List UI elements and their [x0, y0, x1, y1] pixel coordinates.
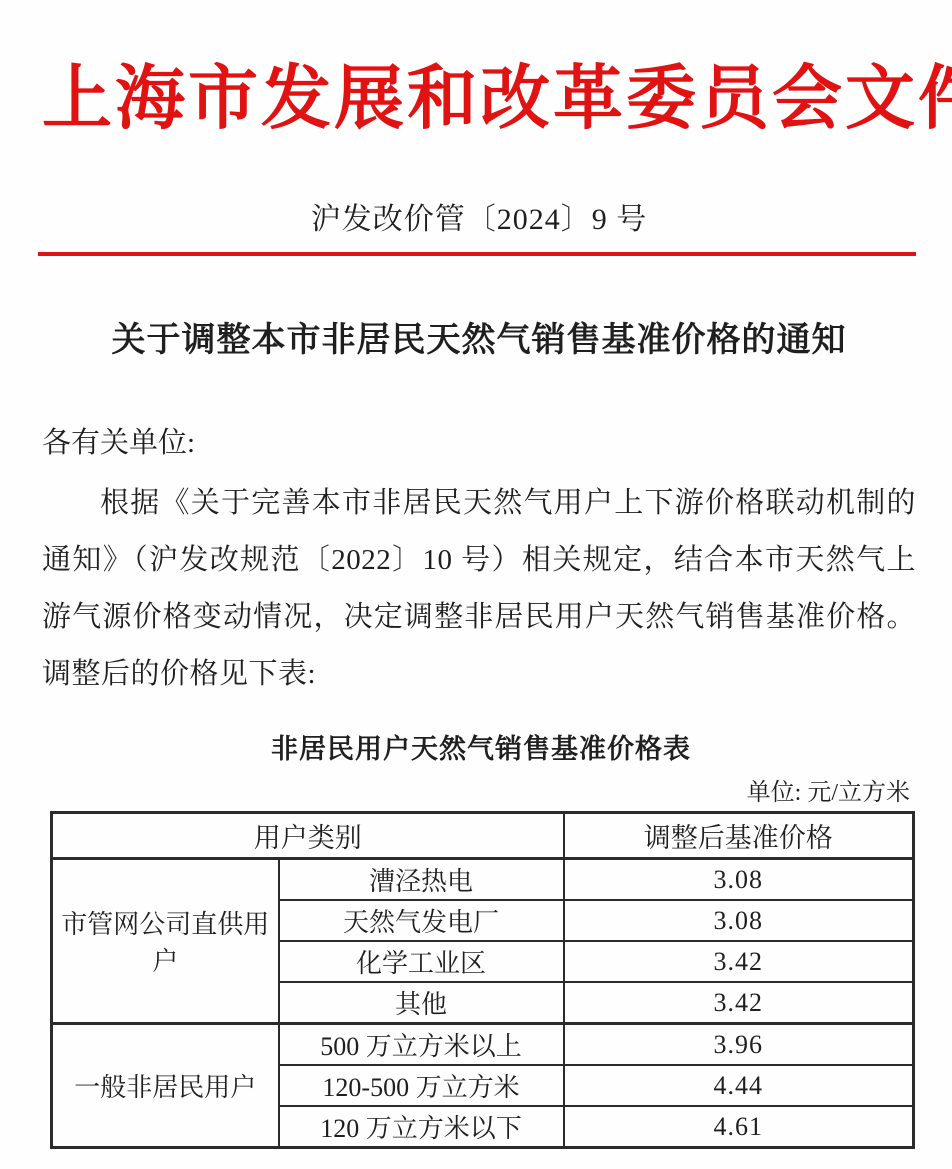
notice-title: 关于调整本市非居民天然气销售基准价格的通知 [42, 312, 916, 361]
header-cell-adjusted-price: 调整后基准价格 [564, 813, 914, 859]
salutation: 各有关单位: [42, 423, 916, 463]
table-cell-group-name: 市管网公司直供用户 [52, 859, 279, 1024]
table-cell-price: 3.42 [564, 941, 914, 982]
table-cell-price: 3.96 [564, 1024, 914, 1066]
document-page: 上海市发展和改革委员会文件 沪发改价管〔2024〕9 号 关于调整本市非居民天然… [0, 0, 952, 1169]
org-title: 上海市发展和改革委员会文件 [42, 58, 916, 142]
table-row: 一般非居民用户 500 万立方米以上 3.96 [52, 1024, 914, 1066]
table-cell-group-name: 一般非居民用户 [52, 1024, 279, 1148]
table-row: 市管网公司直供用户 漕泾热电 3.08 [52, 859, 914, 901]
doc-number: 沪发改价管〔2024〕9 号 [42, 194, 916, 238]
table-cell-usage-label: 120 万立方米以下 [279, 1106, 564, 1148]
price-table-section: 非居民用户天然气销售基准价格表 单位: 元/立方米 用户类别 调整后基准价格 市… [50, 727, 912, 1149]
table-cell-price: 3.08 [564, 859, 914, 901]
table-cell-usage-label: 化学工业区 [279, 941, 564, 982]
price-table: 用户类别 调整后基准价格 市管网公司直供用户 漕泾热电 3.08 天然气发电厂 … [50, 811, 915, 1149]
red-divider-rule [38, 252, 916, 256]
table-cell-usage-label: 500 万立方米以上 [279, 1024, 564, 1066]
table-cell-price: 4.44 [564, 1065, 914, 1106]
header-cell-user-category: 用户类别 [52, 813, 564, 859]
table-title: 非居民用户天然气销售基准价格表 [50, 727, 912, 766]
table-cell-usage-label: 其他 [279, 982, 564, 1024]
table-cell-usage-label: 120-500 万立方米 [279, 1065, 564, 1106]
table-cell-price: 4.61 [564, 1106, 914, 1148]
table-cell-usage-label: 天然气发电厂 [279, 900, 564, 941]
table-cell-price: 3.08 [564, 900, 914, 941]
body-paragraph: 根据《关于完善本市非居民天然气用户上下游价格联动机制的通知》（沪发改规范〔202… [42, 475, 916, 703]
table-unit-label: 单位: 元/立方米 [50, 772, 912, 807]
table-cell-price: 3.42 [564, 982, 914, 1024]
table-header-row: 用户类别 调整后基准价格 [52, 813, 914, 859]
table-cell-usage-label: 漕泾热电 [279, 859, 564, 901]
